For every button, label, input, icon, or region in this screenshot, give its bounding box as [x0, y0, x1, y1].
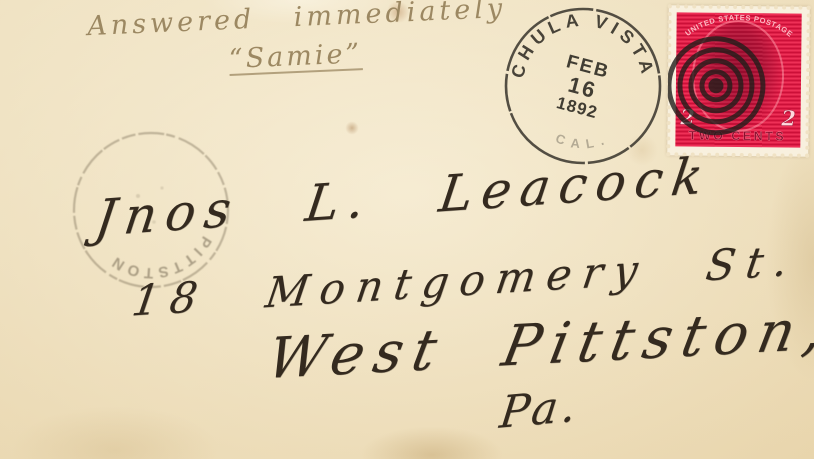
target-cancel-rings-icon	[668, 38, 763, 133]
stamp-country-arc: UNITED STATES POSTAGE	[683, 12, 794, 39]
origin-postmark-state: CAL.	[554, 130, 613, 151]
stamp-detail: UNITED STATES POSTAGE 2 2 TWO CENTS	[667, 5, 810, 156]
pencil-note-line2: “Samie”	[228, 32, 508, 75]
svg-text:CAL.: CAL.	[554, 130, 613, 151]
pencil-note: Answered immediately “Samie”	[87, 0, 509, 81]
postage-stamp: UNITED STATES POSTAGE 2 2 TWO CENTS	[667, 5, 810, 156]
svg-text:UNITED STATES POSTAGE: UNITED STATES POSTAGE	[683, 12, 794, 39]
origin-postmark-date: FEB 16 1892	[553, 51, 612, 122]
stamp-numeral-right: 2	[780, 105, 796, 130]
address-line-state: Pa.	[497, 380, 583, 439]
envelope-scan: Answered immediately “Samie” PITTSTON CH…	[0, 0, 814, 459]
